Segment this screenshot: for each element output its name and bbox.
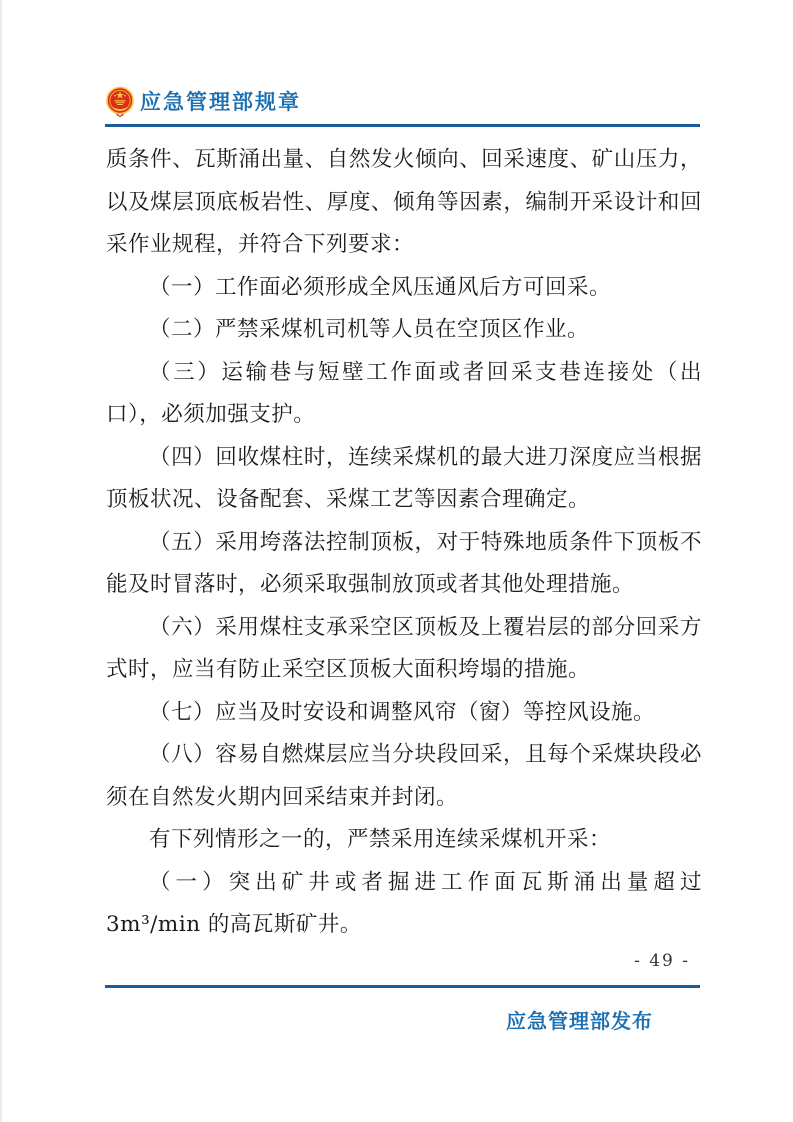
header-title: 应急管理部规章 (140, 86, 301, 116)
body-paragraph: 质条件、瓦斯涌出量、自然发火倾向、回采速度、矿山压力，以及煤层顶底板岩性、厚度、… (106, 139, 702, 267)
page-header: 应急管理部规章 (106, 84, 700, 118)
page-number: - 49 - (634, 951, 690, 971)
body-paragraph: （八）容易自燃煤层应当分块段回采，且每个采煤块段必须在自然发火期内回采结束并封闭… (106, 734, 702, 819)
document-body: 质条件、瓦斯涌出量、自然发火倾向、回采速度、矿山压力，以及煤层顶底板岩性、厚度、… (106, 139, 702, 947)
china-national-emblem-icon (106, 86, 134, 117)
body-paragraph: （二）严禁采煤机司机等人员在空顶区作业。 (106, 309, 702, 352)
document-page: 应急管理部规章 质条件、瓦斯涌出量、自然发火倾向、回采速度、矿山压力，以及煤层顶… (0, 0, 793, 1122)
body-paragraph: （六）采用煤柱支承采空区顶板及上覆岩层的部分回采方式时，应当有防止采空区顶板大面… (106, 607, 702, 692)
body-paragraph: （五）采用垮落法控制顶板，对于特殊地质条件下顶板不能及时冒落时，必须采取强制放顶… (106, 522, 702, 607)
footer-rule (105, 985, 700, 988)
body-paragraph: （七）应当及时安设和调整风帘（窗）等控风设施。 (106, 692, 702, 735)
header-rule (105, 124, 700, 127)
body-paragraph: （四）回收煤柱时，连续采煤机的最大进刀深度应当根据顶板状况、设备配套、采煤工艺等… (106, 437, 702, 522)
body-paragraph: 有下列情形之一的，严禁采用连续采煤机开采： (106, 819, 702, 862)
body-paragraph: （三）运输巷与短壁工作面或者回采支巷连接处（出口），必须加强支护。 (106, 352, 702, 437)
footer-publisher: 应急管理部发布 (506, 1005, 653, 1034)
body-paragraph: （一）突出矿井或者掘进工作面瓦斯涌出量超过 3m³/min 的高瓦斯矿井。 (106, 862, 702, 947)
body-paragraph: （一）工作面必须形成全风压通风后方可回采。 (106, 267, 702, 310)
